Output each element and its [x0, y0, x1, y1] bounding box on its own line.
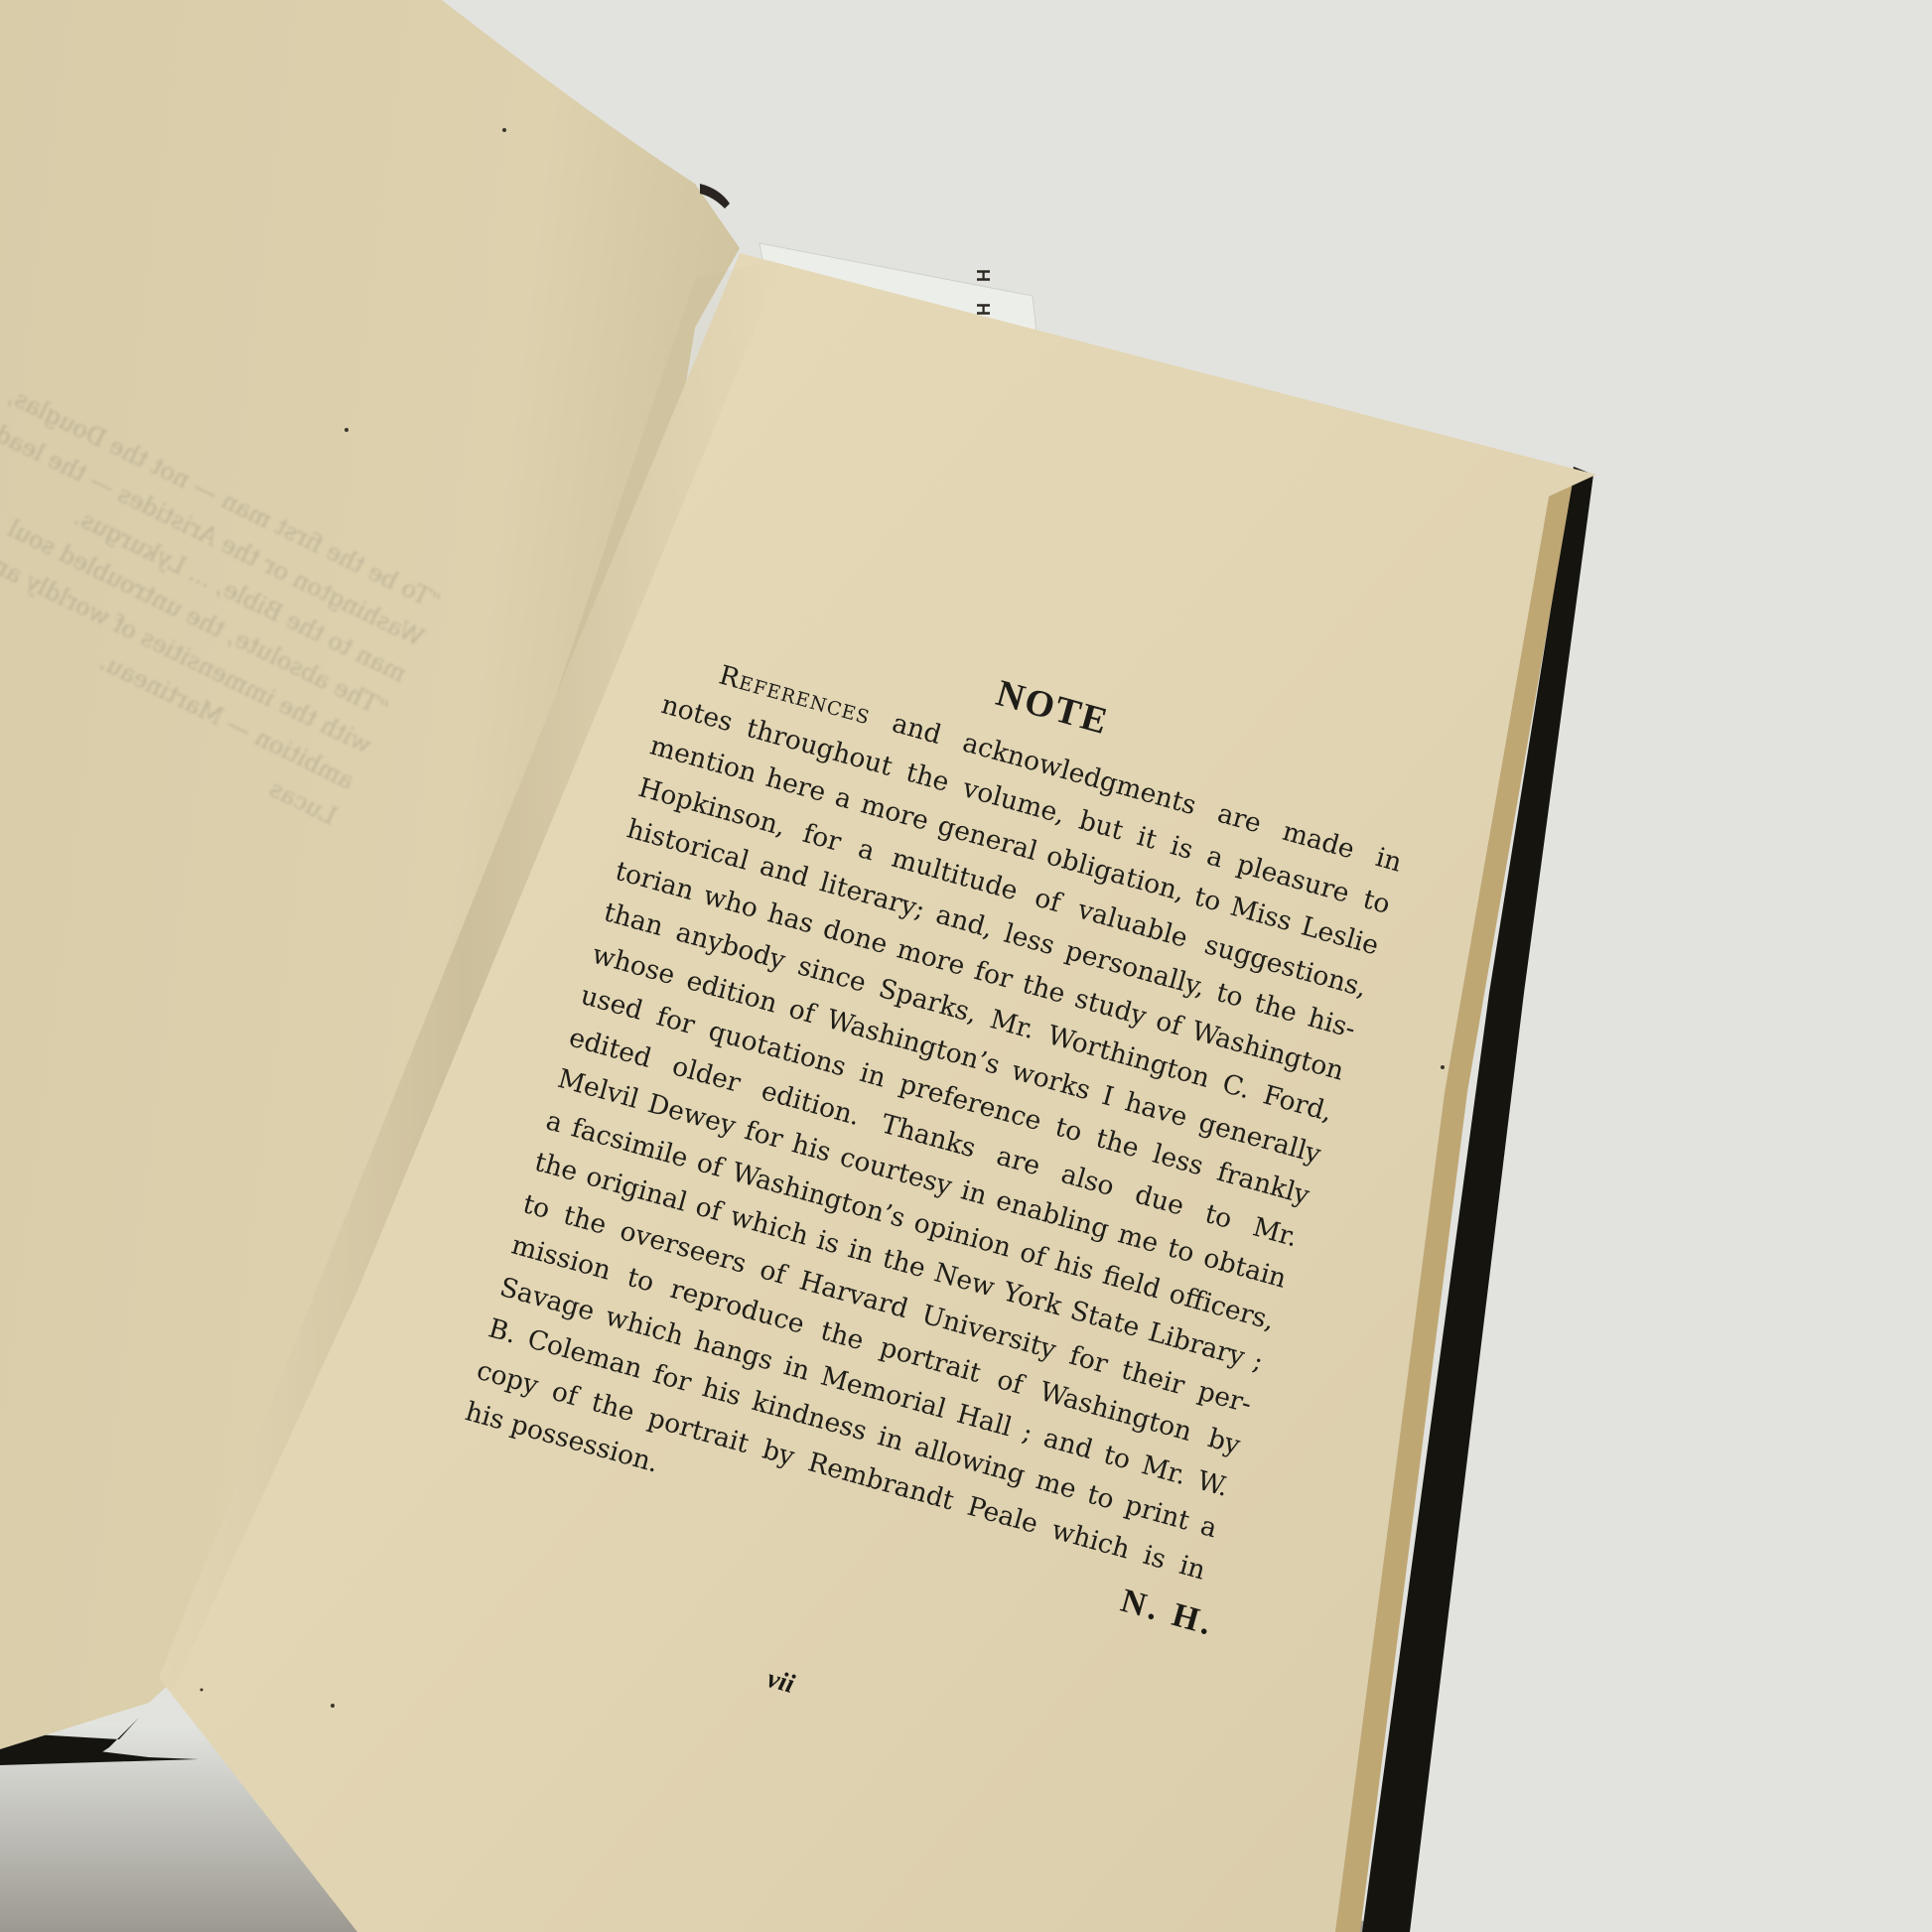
bookmark-tab-label: H H	[972, 269, 993, 324]
photo-scene: H H “To be the first man — not the Dougl…	[0, 0, 1932, 1932]
